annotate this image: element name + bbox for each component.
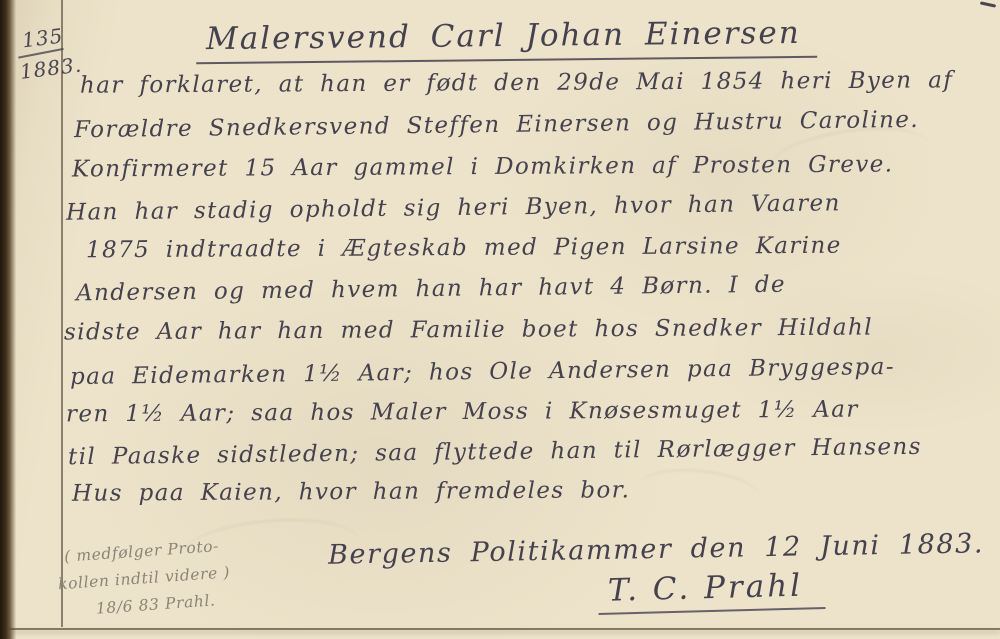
manuscript-line: 1875 indtraadte i Ægteskab med Pigen Lar… [86,233,842,264]
bleedthrough-mark [638,464,762,518]
manuscript-line: sidste Aar har han med Familie boet hos … [64,315,873,346]
bottom-rule-line [8,628,1000,630]
margin-case-reference: 135 1883. [15,23,71,84]
corner-ink-mark [980,1,996,7]
manuscript-line: paa Eidemarken 1½ Aar; hos Ole Andersen … [70,354,895,390]
manuscript-line: Andersen og med hvem han har havt 4 Børn… [76,272,786,307]
dateline: Bergens Politikammer den 12 Juni 1883. [328,528,985,570]
manuscript-line: Forældre Snedkersvend Steffen Einersen o… [74,107,919,143]
case-year: 1883. [19,54,72,84]
manuscript-line: Konfirmeret 15 Aar gammel i Domkirken af… [72,151,894,182]
margin-rule-line [61,0,63,627]
official-signature: T. C. Prahl [597,567,825,615]
page-title: Malersvend Carl Johan Einersen [196,15,817,64]
manuscript-page: 135 1883. Malersvend Carl Johan Einersen… [0,0,1000,639]
manuscript-line: ren 1½ Aar; saa hos Maler Moss i Knøsesm… [66,397,859,428]
manuscript-line: har forklaret, at han er født den 29de M… [80,67,953,98]
manuscript-line: Hus paa Kaien, hvor han fremdeles bor. [72,477,630,506]
book-binding-edge [0,0,16,639]
manuscript-line: Han har stadig opholdt sig heri Byen, hv… [66,190,841,225]
pencil-margin-note: ( medfølger Proto- kollen indtil videre … [63,532,232,625]
manuscript-line: til Paaske sidstleden; saa flyttede han … [68,434,922,470]
